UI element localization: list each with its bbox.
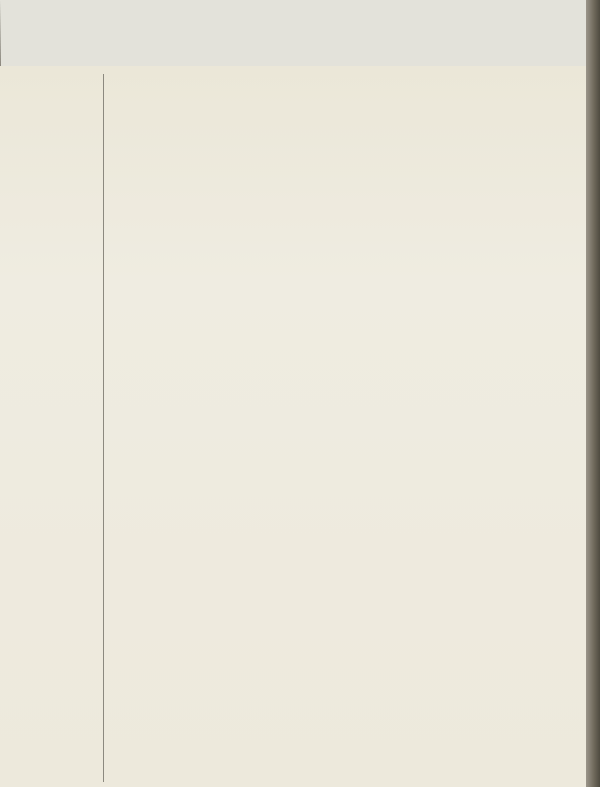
column-divider: [103, 74, 104, 782]
underlying-city: [200, 6, 400, 8]
binder-edge: [586, 0, 600, 787]
document-page: [0, 66, 586, 787]
underlying-company-title: [70, 24, 530, 29]
